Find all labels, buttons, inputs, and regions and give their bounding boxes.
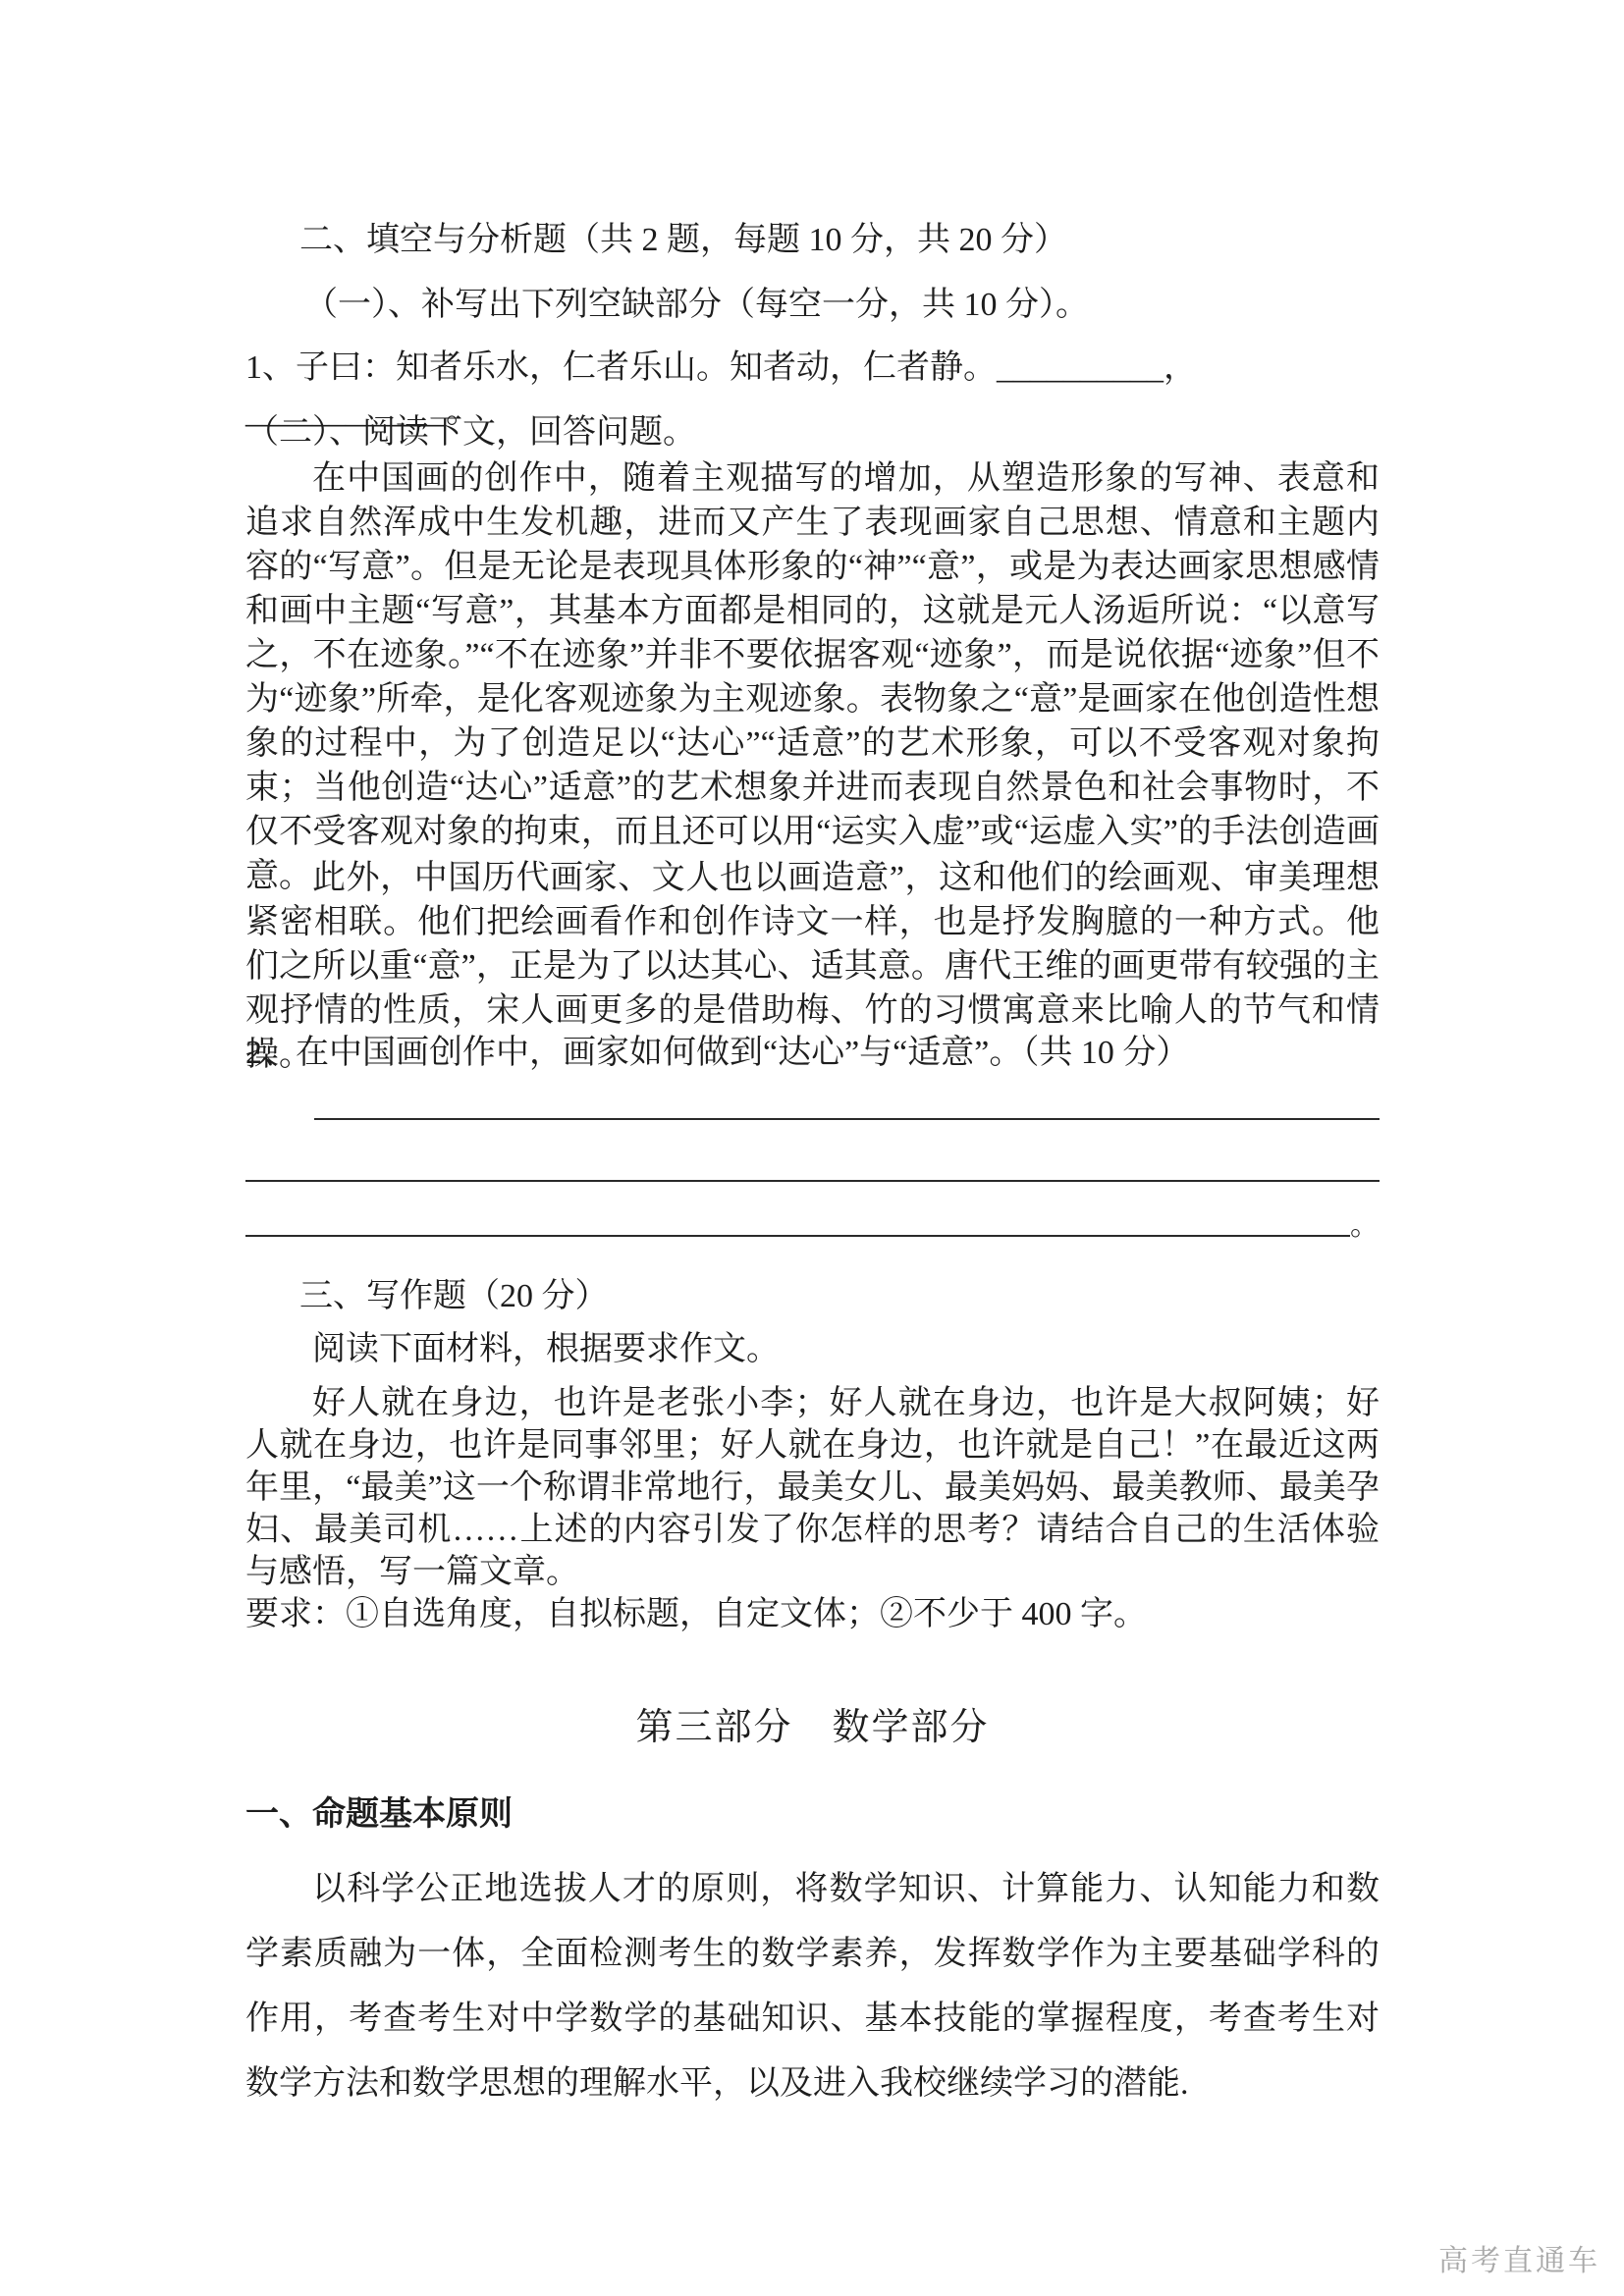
section2-sub1-heading: （一）、补写出下列空缺部分（每空一分，共 10 分）。 [245, 283, 1438, 327]
section3-heading: 三、写作题（20 分） [245, 1274, 1434, 1318]
answer-blank-rule [245, 1235, 1350, 1237]
answer-blank-line-1 [314, 1118, 1380, 1120]
exam-paper-page: 二、填空与分析题（共 2 题，每题 10 分，共 20 分） （一）、补写出下列… [0, 0, 1624, 2296]
essay-instruction: 阅读下面材料，根据要求作文。 [245, 1327, 1446, 1371]
answer-line-terminator: 。 [1350, 1209, 1380, 1243]
answer-blank-line-3: 。 [245, 1209, 1380, 1243]
answer-blank-line-2 [245, 1180, 1380, 1182]
essay-material-paragraph: 好人就在身边，也许是老张小李；好人就在身边，也许是大叔阿姨；好人就在身边，也许是… [245, 1382, 1380, 1593]
essay-requirements: 要求：①自选角度，自拟标题，自定文体；②不少于 400 字。 [245, 1592, 1380, 1636]
question-2-analysis: 2、在中国画创作中，画家如何做到“达心”与“适意”。（共 10 分） [245, 1031, 1380, 1075]
section2-sub2-heading: （二）、阅读下文，回答问题。 [245, 410, 1380, 454]
reading-passage-paragraph-1: 在中国画的创作中，随着主观描写的增加，从塑造形象的写神、表意和追求自然浑成中生发… [245, 456, 1380, 898]
section2-heading: 二、填空与分析题（共 2 题，每题 10 分，共 20 分） [245, 218, 1434, 262]
gaokao-express-watermark: 高考直通车 [1438, 2236, 1600, 2279]
part3-principle-paragraph: 以科学公正地选拔人才的原则，将数学知识、计算能力、认知能力和数学素质融为一体，全… [245, 1857, 1380, 2116]
part3-principle-heading: 一、命题基本原则 [245, 1792, 1380, 1837]
part3-title: 第三部分 数学部分 [245, 1706, 1380, 1750]
